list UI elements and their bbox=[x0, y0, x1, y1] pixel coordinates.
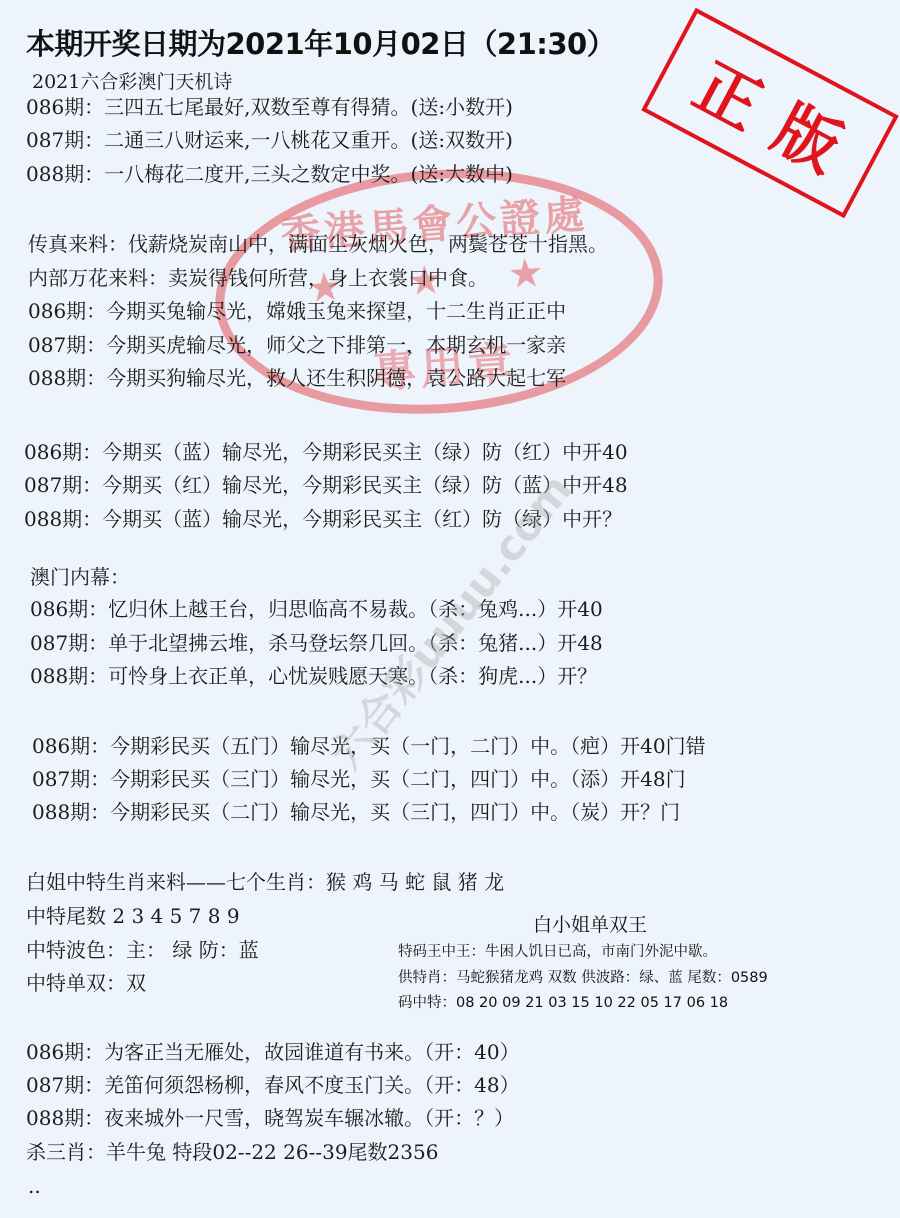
macau-heading: 澳门内幕： bbox=[30, 565, 130, 589]
tail-number-line: 中特尾数 2 3 4 5 7 8 9 bbox=[26, 904, 240, 928]
fax-line: 内部万花来料：卖炭得钱何所营，身上衣裳口中食。 bbox=[28, 266, 488, 290]
door-line: 088期：今期彩民买（二门）输尽光，买（三门，四门）中。（炭）开？门 bbox=[32, 800, 680, 824]
lottery-page: 香港馬會公證處 ★ ★ ★ 專用章 本期开奖日期为2021年10月02日（21:… bbox=[0, 0, 900, 1218]
stamp-char-2: 版 bbox=[760, 78, 860, 189]
white-lady-line: 特码王中王：牛困人饥日已高，市南门外泥中歇。 bbox=[398, 940, 717, 961]
fax-line: 086期：今期买兔输尽光，嫦娥玉兔来探望，十二生肖正正中 bbox=[28, 299, 566, 323]
kill-three-line: 杀三肖：羊牛兔 特段02--22 26--39尾数2356 bbox=[26, 1140, 438, 1164]
odd-even-line: 中特单双：双 bbox=[26, 971, 146, 995]
zodiac-line: 白姐中特生肖来料——七个生肖：猴 鸡 马 蛇 鼠 猪 龙 bbox=[26, 870, 504, 894]
white-lady-line: 供特肖：马蛇猴猪龙鸡 双数 供波路：绿、蓝 尾数：0589 bbox=[398, 966, 768, 987]
poem-line: 087期：二通三八财运来,一八桃花又重开。(送:双数开) bbox=[26, 128, 513, 152]
stamp-char-1: 正 bbox=[680, 36, 780, 147]
macau-line: 088期：可怜身上衣正单，心忧炭贱愿天寒。（杀：狗虎...）开？ bbox=[30, 664, 597, 688]
white-lady-title: 白小姐单双王 bbox=[533, 910, 647, 937]
color-line: 088期：今期买（蓝）输尽光，今期彩民买主（红）防（绿）中开？ bbox=[24, 507, 622, 531]
macau-line: 086期：忆归休上越王台，归思临高不易裁。（杀：兔鸡...）开40 bbox=[30, 597, 603, 621]
fax-line: 088期：今期买狗输尽光，救人还生积阴德，袁公路大起七军 bbox=[28, 366, 566, 390]
poem-line: 088期：一八梅花二度开,三头之数定中奖。(送:大数中) bbox=[26, 162, 513, 186]
final-line: 087期：羌笛何须怨杨柳，春风不度玉门关。（开：48） bbox=[26, 1073, 520, 1097]
seal-bottom-text: 專用章 bbox=[227, 317, 660, 411]
macau-line: 087期：单于北望拂云堆，杀马登坛祭几回。（杀：兔猪...）开48 bbox=[30, 631, 603, 655]
poem-line: 086期：三四五七尾最好,双数至尊有得猜。(送:小数开) bbox=[26, 95, 513, 119]
fax-line: 087期：今期买虎输尽光，师父之下排第一，本期玄机一家亲 bbox=[28, 333, 566, 357]
fax-line: 传真来料：伐薪烧炭南山中，满面尘灰烟火色，两鬓苍苍十指黑。 bbox=[28, 232, 608, 256]
color-line: 087期：今期买（红）输尽光，今期彩民买主（绿）防（蓝）中开48 bbox=[24, 473, 628, 497]
page-title: 本期开奖日期为2021年10月02日（21:30） bbox=[26, 22, 615, 63]
wave-color-line: 中特波色：主： 绿 防：蓝 bbox=[26, 938, 259, 962]
final-line: 086期：为客正当无雁处，故园谁道有书来。（开：40） bbox=[26, 1040, 520, 1064]
final-line: 088期：夜来城外一尺雪，晓驾炭车辗冰辙。（开：？） bbox=[26, 1106, 514, 1130]
trailing-dots: .. bbox=[28, 1174, 41, 1198]
poem-heading: 2021六合彩澳门天机诗 bbox=[32, 70, 232, 94]
white-lady-line: 码中特：08 20 09 21 03 15 10 22 05 17 06 18 bbox=[398, 991, 728, 1012]
door-line: 087期：今期彩民买（三门）输尽光，买（二门，四门）中。（添）开48门 bbox=[32, 767, 686, 791]
door-line: 086期：今期彩民买（五门）输尽光，买（一门，二门）中。（疤）开40门错 bbox=[32, 734, 706, 758]
color-line: 086期：今期买（蓝）输尽光，今期彩民买主（绿）防（红）中开40 bbox=[24, 440, 628, 464]
authentic-stamp: 正 版 bbox=[641, 8, 899, 218]
